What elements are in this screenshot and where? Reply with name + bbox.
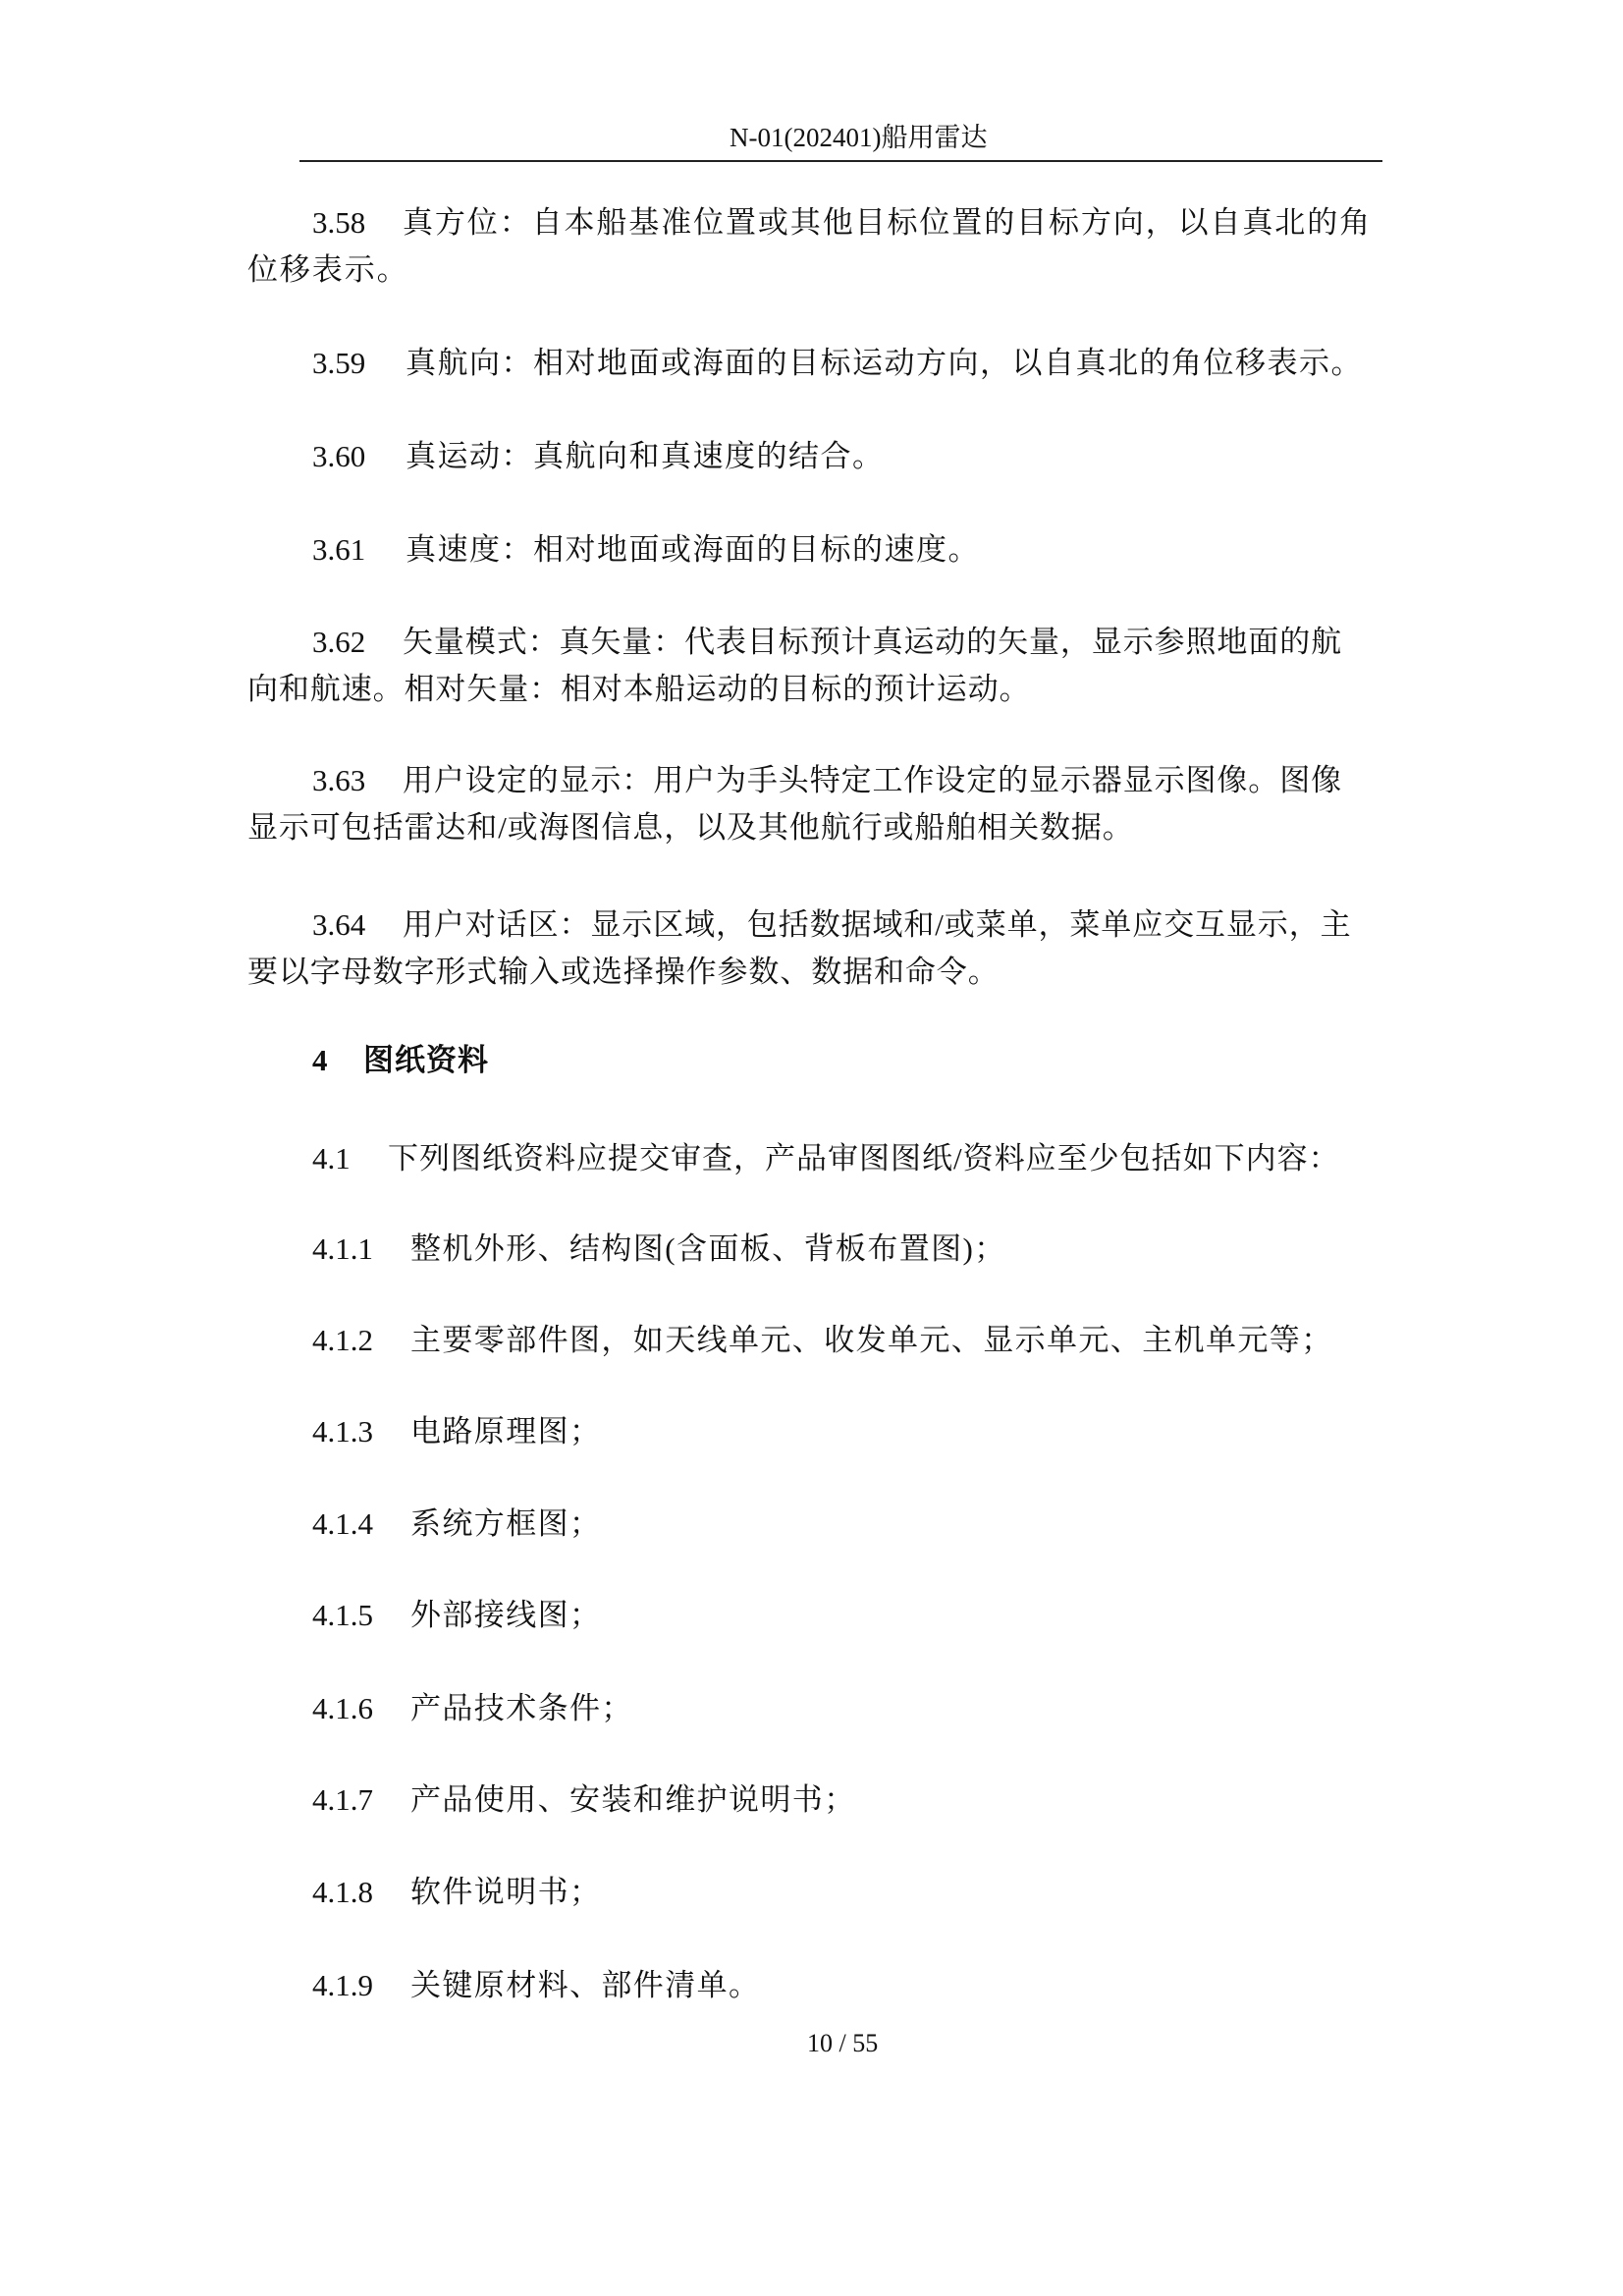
clause-text-continuation: 位移表示。 (247, 250, 409, 290)
list-item-text: 主要零部件图，如天线单元、收发单元、显示单元、主机单元等； (410, 1321, 1333, 1360)
clause-number: 3.63 (312, 761, 365, 800)
list-item-number: 4.1.1 (312, 1230, 373, 1269)
list-item-text: 整机外形、结构图(含面板、背板布置图)； (410, 1230, 1006, 1269)
section-title: 图纸资料 (363, 1041, 489, 1080)
list-item-number: 4.1.4 (312, 1504, 373, 1544)
clause-text: 用户设定的显示：用户为手头特定工作设定的显示器显示图像。图像 (403, 761, 1342, 800)
list-item-number: 4.1.3 (312, 1412, 373, 1451)
clause-text: 真方位：自本船基准位置或其他目标位置的目标方向，以自真北的角 (403, 203, 1372, 243)
clause-text: 矢量模式：真矢量：代表目标预计真运动的矢量，显示参照地面的航 (403, 623, 1342, 662)
clause-text-continuation: 要以字母数字形式输入或选择操作参数、数据和命令。 (247, 953, 1000, 992)
list-item-text: 软件说明书； (410, 1873, 601, 1912)
list-item-number: 4.1.6 (312, 1689, 373, 1728)
list-item-number: 4.1.5 (312, 1596, 373, 1635)
list-item-number: 4.1.2 (312, 1321, 373, 1360)
document-page: N-01(202401)船用雷达 3.58 真方位：自本船基准位置或其他目标位置… (0, 0, 1623, 2296)
clause-text-continuation: 向和航速。相对矢量：相对本船运动的目标的预计运动。 (247, 670, 1031, 709)
list-item-number: 4.1.9 (312, 1966, 373, 2005)
section-number: 4 (312, 1041, 328, 1080)
list-item-number: 4.1.7 (312, 1780, 373, 1820)
clause-text: 用户对话区：显示区域，包括数据域和/或菜单，菜单应交互显示，主 (403, 905, 1352, 945)
list-item-text: 产品使用、安装和维护说明书； (410, 1780, 856, 1820)
list-item-number: 4.1.8 (312, 1873, 373, 1912)
list-item-text: 外部接线图； (410, 1596, 601, 1635)
header-rule-divider (299, 160, 1382, 162)
clause-text-continuation: 显示可包括雷达和/或海图信息，以及其他航行或船舶相关数据。 (247, 808, 1134, 847)
clause-number: 3.59 (312, 344, 365, 383)
list-item-text: 产品技术条件； (410, 1689, 633, 1728)
clause-number: 4.1 (312, 1139, 351, 1178)
list-item-text: 关键原材料、部件清单。 (410, 1966, 760, 2005)
list-item-text: 系统方框图； (410, 1504, 601, 1544)
clause-number: 3.64 (312, 905, 365, 945)
running-header-title: N-01(202401)船用雷达 (730, 120, 987, 155)
clause-number: 3.61 (312, 530, 365, 570)
clause-text: 真航向：相对地面或海面的目标运动方向，以自真北的角位移表示。 (406, 344, 1363, 383)
clause-text: 下列图纸资料应提交审查，产品审图图纸/资料应至少包括如下内容： (388, 1139, 1340, 1178)
clause-number: 3.60 (312, 437, 365, 476)
page-number: 10 / 55 (807, 2029, 878, 2058)
clause-text: 真运动：真航向和真速度的结合。 (406, 437, 885, 476)
clause-number: 3.62 (312, 623, 365, 662)
list-item-text: 电路原理图； (410, 1412, 601, 1451)
clause-number: 3.58 (312, 203, 365, 243)
clause-text: 真速度：相对地面或海面的目标的速度。 (406, 530, 980, 570)
